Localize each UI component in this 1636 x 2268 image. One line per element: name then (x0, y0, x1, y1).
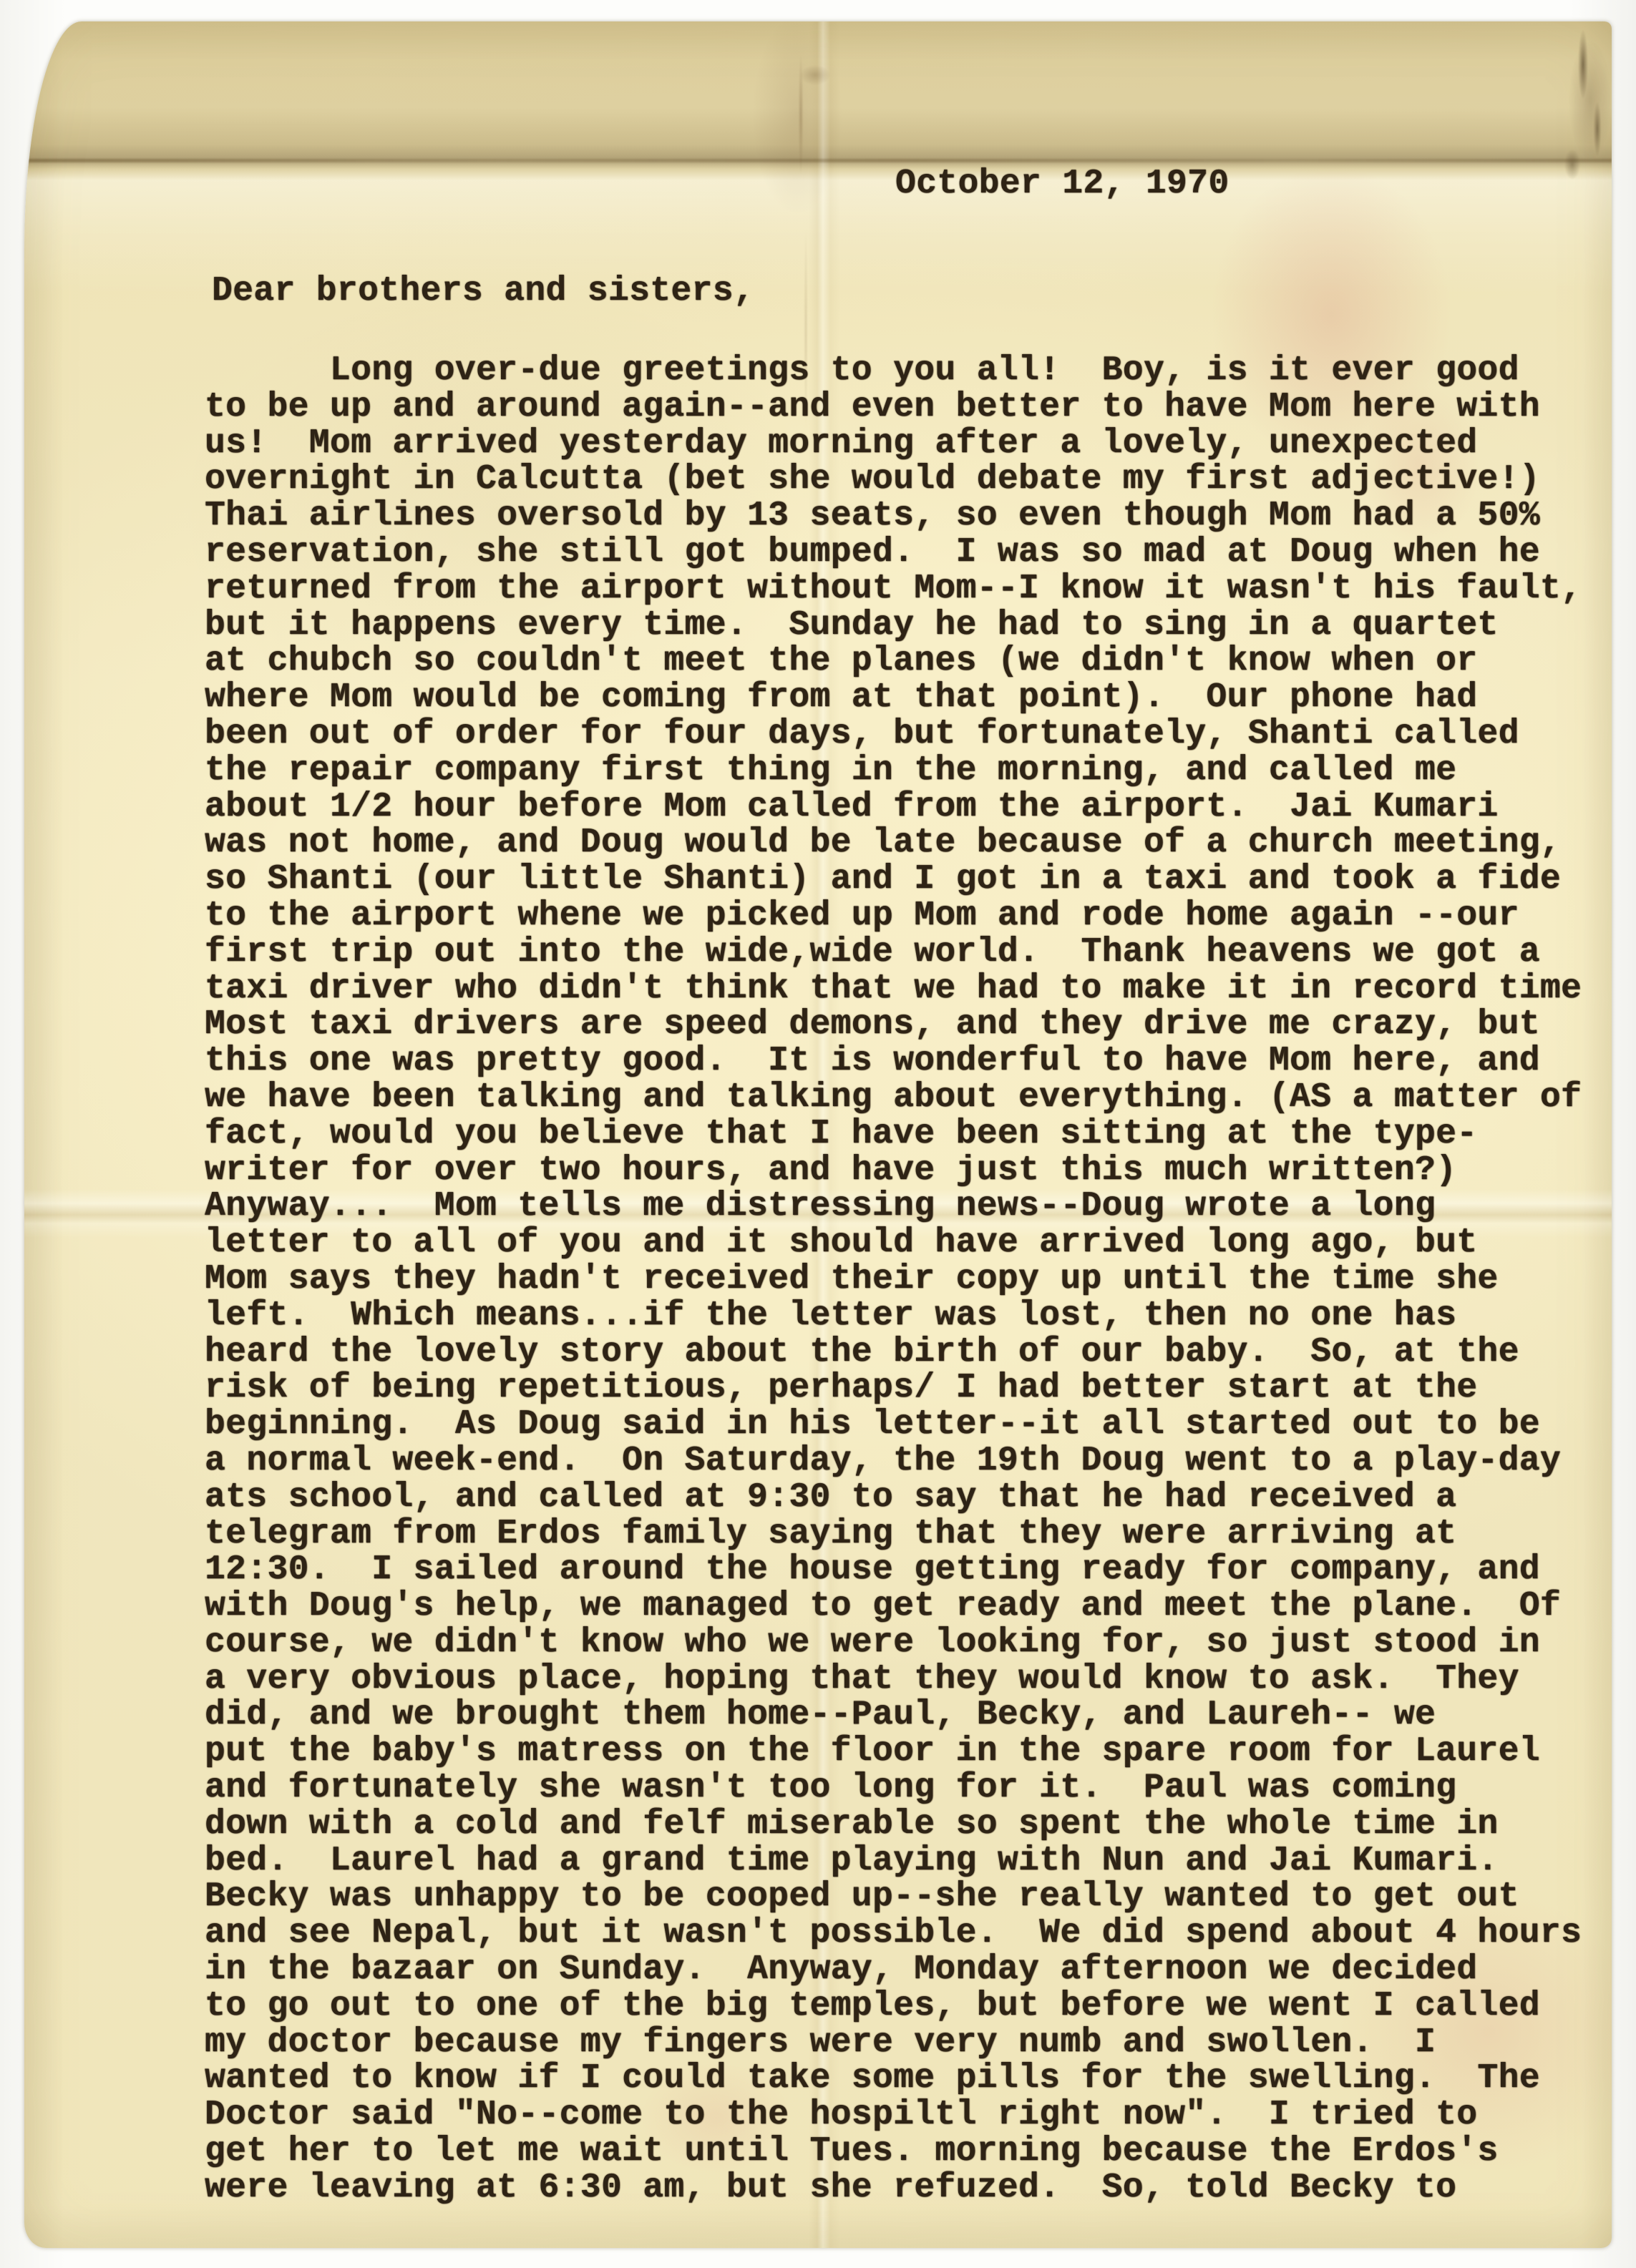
scan-background: October 12, 1970 Dear brothers and siste… (0, 0, 1636, 2268)
letter-paper: October 12, 1970 Dear brothers and siste… (24, 21, 1612, 2248)
letter-salutation: Dear brothers and sisters, (212, 272, 754, 311)
ink-smudge-top-right (1533, 21, 1610, 200)
letter-date: October 12, 1970 (895, 165, 1229, 203)
letter-body: Long over-due greetings to you all! Boy,… (205, 353, 1582, 2206)
